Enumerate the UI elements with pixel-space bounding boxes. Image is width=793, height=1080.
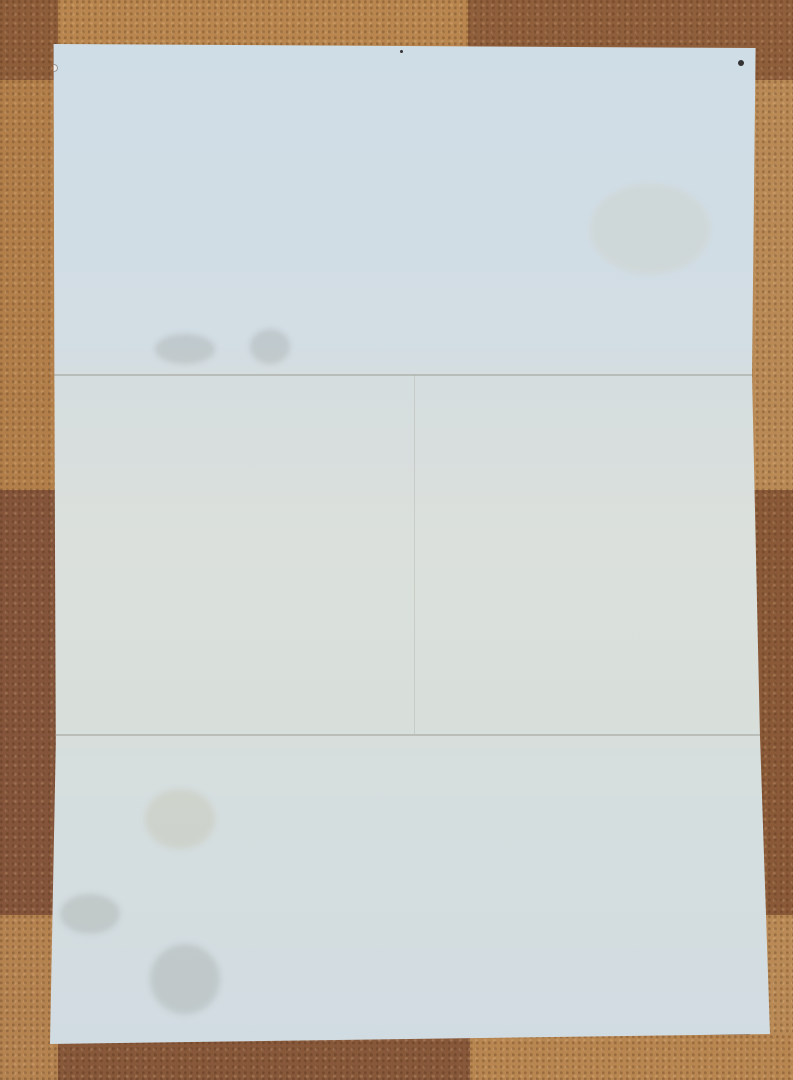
cork-tile <box>0 915 58 1080</box>
smudge-mark <box>150 944 220 1014</box>
cork-tile <box>0 0 58 80</box>
fold-crease-vertical <box>414 374 415 734</box>
blank-paper-sheet <box>50 44 770 1044</box>
cork-tile <box>470 1035 793 1080</box>
cork-tile <box>750 80 793 490</box>
smudge-mark <box>250 329 290 364</box>
smudge-mark <box>155 334 215 364</box>
pin-hole <box>738 60 744 66</box>
smudge-mark <box>60 894 120 934</box>
cork-tile <box>0 490 58 915</box>
pin-hole <box>400 50 403 53</box>
cork-tile <box>0 80 58 490</box>
stain-mark <box>145 789 215 849</box>
fold-crease-upper <box>50 374 770 376</box>
fold-crease-lower <box>50 734 770 736</box>
stain-mark <box>590 184 710 274</box>
